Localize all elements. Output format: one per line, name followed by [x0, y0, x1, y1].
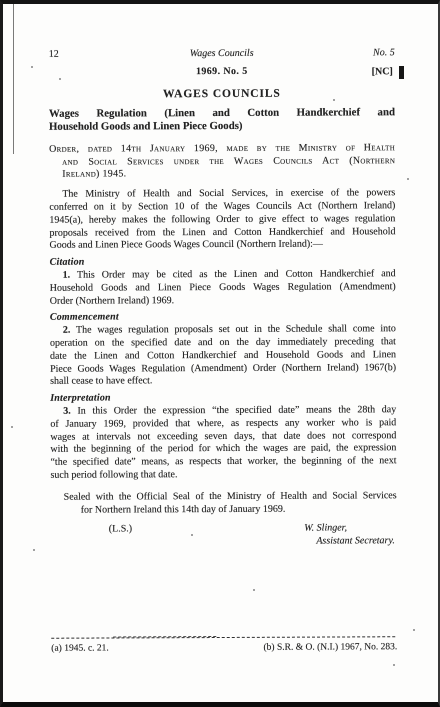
scanned-document-page: 12 Wages Councils No. 5 1969. No. 5 [NC]…	[0, 0, 440, 707]
text-line: Household Goods and Linen Piece Goods)	[49, 119, 395, 134]
text-line: Order, dated 14th January 1969, made by …	[49, 142, 395, 156]
document-title: Wages Regulation (Linen and Cotton Handk…	[49, 106, 395, 134]
section-heading: WAGES COUNCILS	[49, 87, 395, 101]
text-line: Order (Northern Ireland) 1969.	[50, 294, 396, 308]
text-line: proposals received from the Linen and Co…	[49, 226, 395, 240]
issue-row: 1969. No. 5 [NC]	[49, 65, 395, 80]
footnote-b: (b) S.R. & O. (N.I.) 1967, No. 283.	[263, 641, 397, 654]
text-line: Sealed with the Official Seal of the Min…	[51, 490, 397, 504]
text-line: shall cease to have effect.	[50, 375, 396, 389]
running-number: No. 5	[335, 47, 395, 60]
page-header: 12 Wages Councils No. 5	[49, 47, 395, 62]
text-line: Ireland) 1945.	[49, 168, 395, 182]
commencement-paragraph: 2. The wages regulation proposals set ou…	[50, 323, 396, 388]
text-line: 3. In this Order the expression “the spe…	[50, 404, 396, 418]
footnote-separator-rule	[51, 636, 395, 639]
interpretation-paragraph: 3. In this Order the expression “the spe…	[50, 404, 396, 482]
text-line: of January 1969, provided that where, as…	[50, 417, 396, 431]
signature-block: (L.S.) W. Slinger, Assistant Secretary.	[51, 523, 397, 550]
text-line: 1945(a), hereby makes the following Orde…	[49, 213, 395, 227]
text-line: date the Linen and Cotton Handkerchief a…	[50, 349, 396, 363]
signatory-role: Assistant Secretary.	[304, 535, 395, 548]
text-line: “the specified date” means, as respects …	[50, 455, 396, 469]
text-line: Wages Regulation (Linen and Cotton Handk…	[49, 106, 395, 121]
text-line: 1. This Order may be cited as the Linen …	[50, 268, 396, 282]
issue-line: 1969. No. 5	[196, 66, 248, 77]
signatory-name: W. Slinger,	[304, 523, 395, 536]
blank-space	[51, 548, 397, 638]
text-line: and Social Services under the Wages Coun…	[49, 155, 395, 169]
sealing-clause: Sealed with the Official Seal of the Min…	[51, 490, 397, 517]
text-line: Piece Goods Wages Regulation (Amendment)…	[50, 362, 396, 376]
text-line: conferred on it by Section 10 of the Wag…	[49, 200, 395, 214]
text-line: Household Goods and Linen Piece Goods Wa…	[50, 281, 396, 295]
running-title: Wages Councils	[109, 48, 335, 62]
footnote-a: (a) 1945. c. 21.	[51, 642, 109, 655]
text-line: operation on the specified date and on t…	[50, 336, 396, 350]
page-content: 12 Wages Councils No. 5 1969. No. 5 [NC]…	[4, 7, 437, 698]
seal-mark: (L.S.)	[51, 524, 132, 550]
page-number: 12	[49, 48, 109, 61]
text-line: Goods and Linen Piece Goods Wages Counci…	[50, 239, 396, 253]
text-line: for Northern Ireland this 14th day of Ja…	[51, 503, 397, 517]
preamble-paragraph: The Ministry of Health and Social Servic…	[49, 187, 395, 252]
text-line: such period following that date.	[51, 468, 397, 482]
signatory: W. Slinger, Assistant Secretary.	[304, 523, 395, 549]
order-recital: Order, dated 14th January 1969, made by …	[49, 142, 395, 182]
footnotes: (a) 1945. c. 21. (b) S.R. & O. (N.I.) 19…	[51, 641, 397, 655]
citation-paragraph: 1. This Order may be cited as the Linen …	[50, 268, 396, 308]
nc-tag: [NC]	[372, 66, 393, 79]
